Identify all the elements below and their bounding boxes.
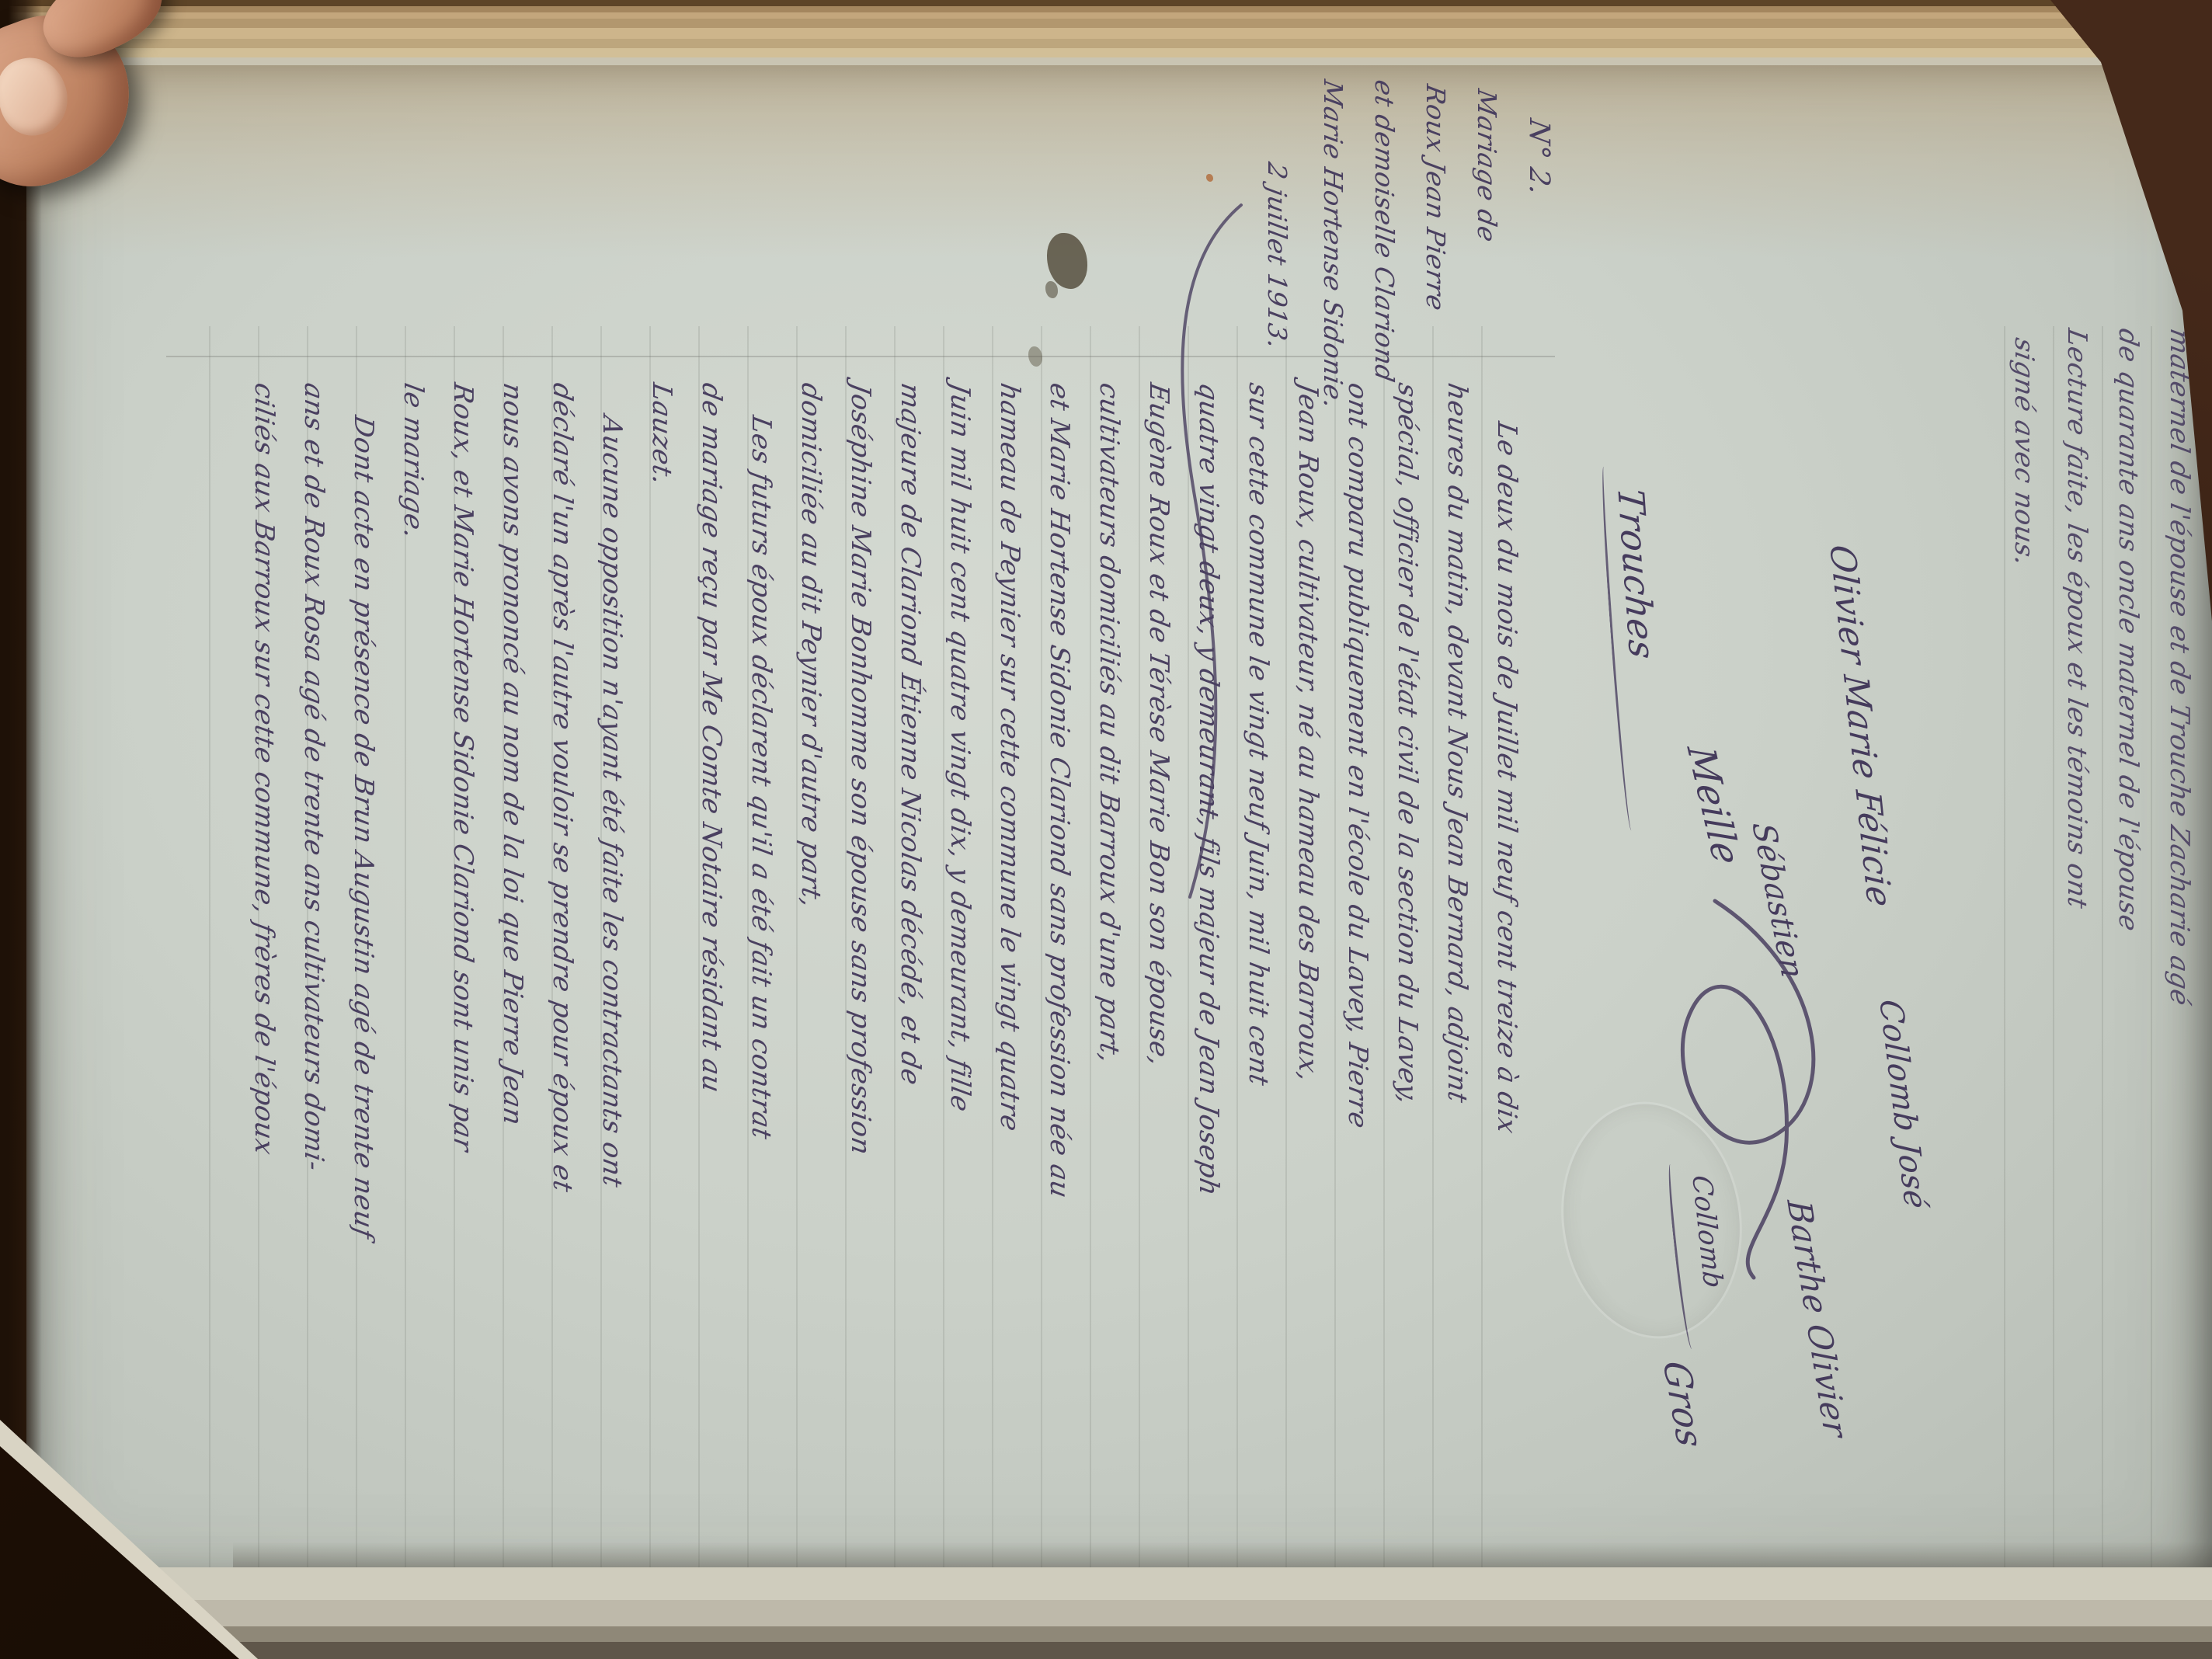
- act-body-line: domiciliée au dit Peynier d'autre part,: [795, 381, 826, 910]
- act-body-line: ont comparu publiquement en l'école du L…: [1342, 381, 1373, 1131]
- page-fold-bands: [0, 1567, 2212, 1659]
- act-body-line: sur cette commune le vingt neuf Juin, mi…: [1243, 381, 1274, 1088]
- act-margin-note-line: Marie Hortense Sidonie.: [1318, 78, 1348, 412]
- act-body-line: ans et de Roux Rosa agé de trente ans cu…: [298, 381, 329, 1174]
- signature: Collomb José: [1872, 999, 1934, 1209]
- act-body-line: Roux, et Marie Hortense Sidonie Clariond…: [447, 381, 478, 1154]
- act-body-line: déclaré l'un après l'autre vouloir se pr…: [547, 381, 578, 1195]
- ink-blot: [1047, 233, 1087, 289]
- act-body-line: hameau de Peynier sur cette commune le v…: [994, 381, 1025, 1134]
- act-body-line: Lauzet.: [646, 381, 677, 488]
- act-body-line: le mariage.: [398, 381, 429, 541]
- act-margin-note-line: 2 juillet 1913.: [1262, 160, 1292, 352]
- act-margin-note-line: Mariage de: [1472, 87, 1502, 245]
- act-body-line: Eugène Roux et de Térèse Marie Bon son é…: [1143, 381, 1174, 1069]
- manuscript-text-layer: maternel de l'épouse et de Trouche Zacha…: [0, 0, 2212, 1659]
- table-edge-left: [0, 0, 42, 1659]
- act-body-line: Les futurs époux déclarent qu'il a été f…: [746, 413, 777, 1142]
- act-body-line: et Marie Hortense Sidonie Clariond sans …: [1044, 381, 1075, 1201]
- previous-act-line: de quarante ans oncle maternel de l'épou…: [2113, 326, 2144, 934]
- act-body-line: Le deux du mois de Juillet mil neuf cent…: [1491, 419, 1522, 1136]
- act-body-line: ciliés aux Barroux sur cette commune, fr…: [249, 381, 280, 1157]
- ink-blot: [1045, 281, 1058, 298]
- act-body-line: de mariage reçu par Me Comte Notaire rés…: [696, 381, 727, 1095]
- act-body-line: Dont acte en présence de Brun Augustin a…: [348, 413, 379, 1241]
- ink-blot: [1028, 346, 1042, 367]
- act-body-line: Joséphine Marie Bonhomme son épouse sans…: [845, 381, 876, 1157]
- act-body-line: majeure de Clariond Étienne Nicolas décé…: [895, 381, 926, 1087]
- signature: Gros: [1654, 1361, 1713, 1448]
- signature: Meille: [1678, 746, 1749, 864]
- act-body-line: Jean Roux, cultivateur, né au hameau des…: [1292, 381, 1323, 1084]
- act-margin-note-line: N° 2.: [1523, 117, 1555, 198]
- act-body-line: quatre vingt deux, y demeurant, fils maj…: [1193, 381, 1224, 1198]
- signature: Olivier Marie Félicie: [1821, 544, 1900, 908]
- ink-speck: [1206, 174, 1213, 182]
- previous-act-line: signé avec nous.: [2009, 336, 2040, 569]
- act-body-line: Juin mil huit cent quatre vingt dix, y d…: [944, 381, 976, 1115]
- act-body-line: nous avons prononcé au nom de la loi que…: [497, 381, 528, 1128]
- act-body-line: Aucune opposition n'ayant été faite les …: [596, 413, 628, 1190]
- act-margin-note-line: et demoiselle Clariond: [1369, 78, 1400, 384]
- photo-frame: maternel de l'épouse et de Trouche Zacha…: [0, 0, 2212, 1659]
- act-body-line: heures du matin, devant Nous Jean Bernar…: [1442, 381, 1473, 1105]
- act-margin-note-line: Roux Jean Pierre: [1421, 82, 1451, 314]
- act-body-line: cultivateurs domiciliés au dit Barroux d…: [1094, 381, 1125, 1066]
- previous-act-line: maternel de l'épouse et de Trouche Zacha…: [2164, 326, 2195, 1008]
- previous-act-line: Lecture faite, les époux et les témoins …: [2061, 326, 2092, 911]
- act-body-line: spécial, officier de l'état civil de la …: [1392, 381, 1423, 1107]
